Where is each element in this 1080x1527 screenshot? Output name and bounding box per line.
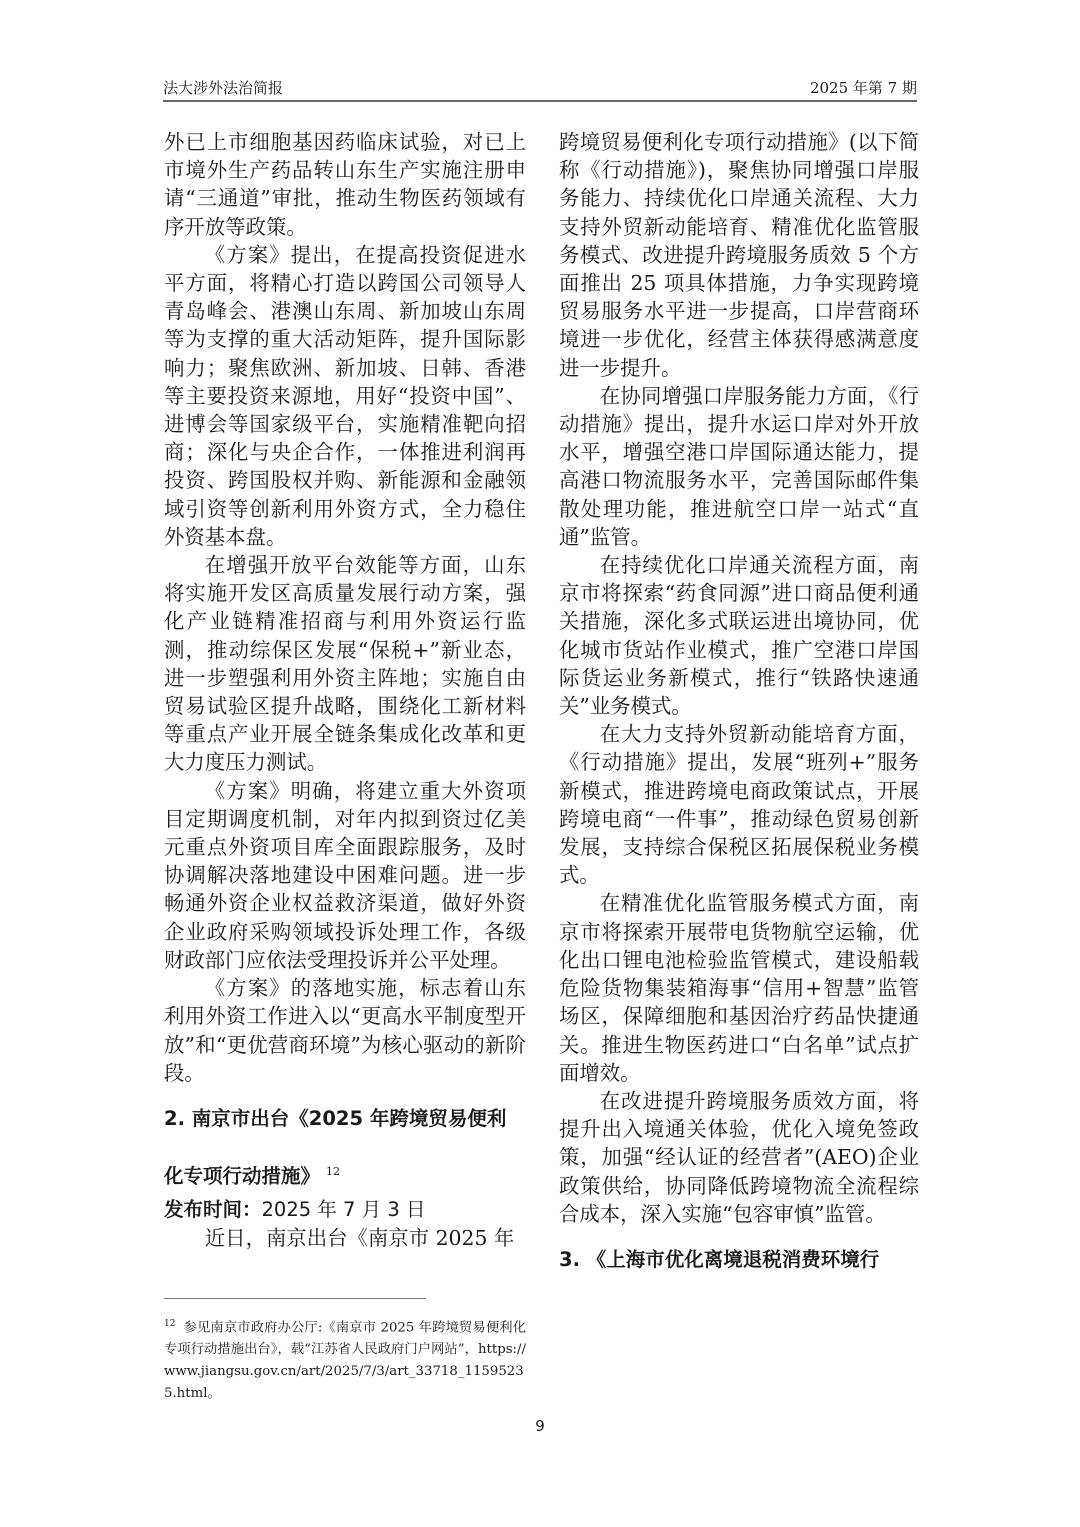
paragraph: 在增强开放平台效能等方面，山东将实施开发区高质量发展行动方案，强化产业链精准招商… — [164, 551, 526, 777]
paragraph: 在协同增强口岸服务能力方面，《行动措施》提出，提升水运口岸对外开放水平，增强空港… — [559, 382, 919, 551]
paragraph: 在改进提升跨境服务质效方面，将提升出入境通关体验，优化入境免签政策，加强“经认证… — [559, 1087, 919, 1228]
running-header: 法大涉外法治简报 2025 年第 7 期 — [163, 78, 917, 102]
footnote-text: 参见南京市政府办公厅:《南京市 2025 年跨境贸易便利化专项行动措施出台》，载… — [164, 1320, 526, 1401]
paragraph: 跨境贸易便利化专项行动措施》(以下简称《行动措施》)，聚焦协同增强口岸服务能力、… — [559, 128, 919, 382]
paragraph: 外已上市细胞基因药临床试验，对已上市境外生产药品转山东生产实施注册申请“三通道”… — [164, 128, 526, 241]
section-heading-2: 2. 南京市出台《2025 年跨境贸易便利 化专项行动措施》12 — [164, 1105, 526, 1191]
section-heading-line1: 2. 南京市出台《2025 年跨境贸易便利 — [164, 1107, 506, 1130]
paragraph: 在大力支持外贸新动能培育方面，《行动措施》提出，发展“班列+”服务新模式，推进跨… — [559, 720, 919, 889]
publication-name: 法大涉外法治简报 — [163, 77, 283, 98]
footnote: 12参见南京市政府办公厅:《南京市 2025 年跨境贸易便利化专项行动措施出台》… — [164, 1313, 526, 1405]
paragraph: 《方案》明确，将建立重大外资项目定期调度机制，对年内拟到资过亿美元重点外资项目库… — [164, 777, 526, 974]
paragraph: 在持续优化口岸通关流程方面，南京市将探索“药食同源”进口商品便利通关措施，深化多… — [559, 551, 919, 720]
publish-date-value: 2025 年 7 月 3 日 — [262, 1198, 426, 1221]
issue-number: 2025 年第 7 期 — [810, 77, 917, 98]
right-column: 跨境贸易便利化专项行动措施》(以下简称《行动措施》)，聚焦协同增强口岸服务能力、… — [559, 128, 919, 1274]
paragraph: 近日，南京出台《南京市 2025 年 — [164, 1224, 526, 1252]
footnote-number: 12 — [164, 1319, 175, 1329]
page-number: 9 — [0, 1417, 1080, 1435]
paragraph: 《方案》的落地实施，标志着山东利用外资工作进入以“更高水平制度型开放”和“更优营… — [164, 974, 526, 1087]
section-heading-3: 3. 《上海市优化离境退税消费环境行 — [559, 1246, 919, 1274]
footnote-ref[interactable]: 12 — [326, 1165, 340, 1178]
section-heading-line2: 化专项行动措施》12 — [164, 1158, 526, 1191]
publish-date-label: 发布时间： — [164, 1198, 262, 1221]
paragraph: 在精准优化监管服务模式方面，南京市将探索开展带电货物航空运输，优化出口锂电池检验… — [559, 889, 919, 1086]
publish-date: 发布时间：2025 年 7 月 3 日 — [164, 1196, 526, 1224]
paragraph: 《方案》提出，在提高投资促进水平方面，将精心打造以跨国公司领导人青岛峰会、港澳山… — [164, 241, 526, 551]
left-column: 外已上市细胞基因药临床试验，对已上市境外生产药品转山东生产实施注册申请“三通道”… — [164, 128, 526, 1253]
footnote-divider — [164, 1298, 426, 1299]
